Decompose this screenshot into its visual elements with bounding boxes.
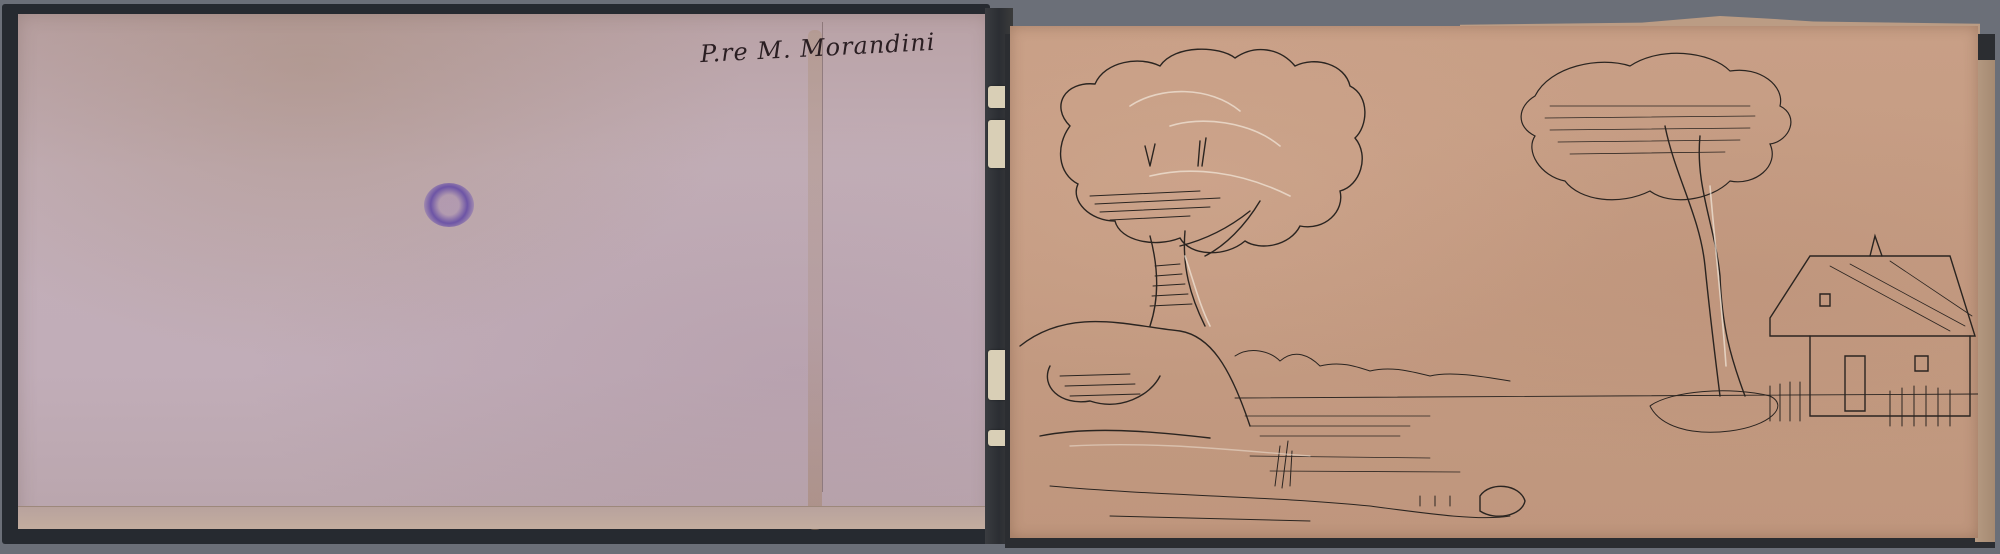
lake-shoreline [1235,394,1978,398]
left-mound [1020,322,1250,426]
right-tree-trunk [1665,126,1745,396]
left-page-stain [808,30,822,530]
page-block-edge [1975,60,1995,542]
left-page [18,14,990,526]
left-page-bottom-edge [18,506,990,529]
left-tree-canopy [1061,49,1365,253]
left-tree-trunk [1150,201,1260,326]
ink-stamp-icon: faded purple circular ink stamp [424,183,474,227]
log [1480,486,1525,516]
left-page-fold-line [822,22,823,492]
landscape-drawing [1010,26,1978,538]
right-tree-canopy [1521,53,1791,199]
distant-bushes [1235,351,1510,381]
cottage [1770,236,1975,426]
sketchbook-photo: P.re M. Morandini faded purple circular … [0,0,2000,554]
right-page: landscape with large tree, lake, distant… [1010,26,1978,538]
